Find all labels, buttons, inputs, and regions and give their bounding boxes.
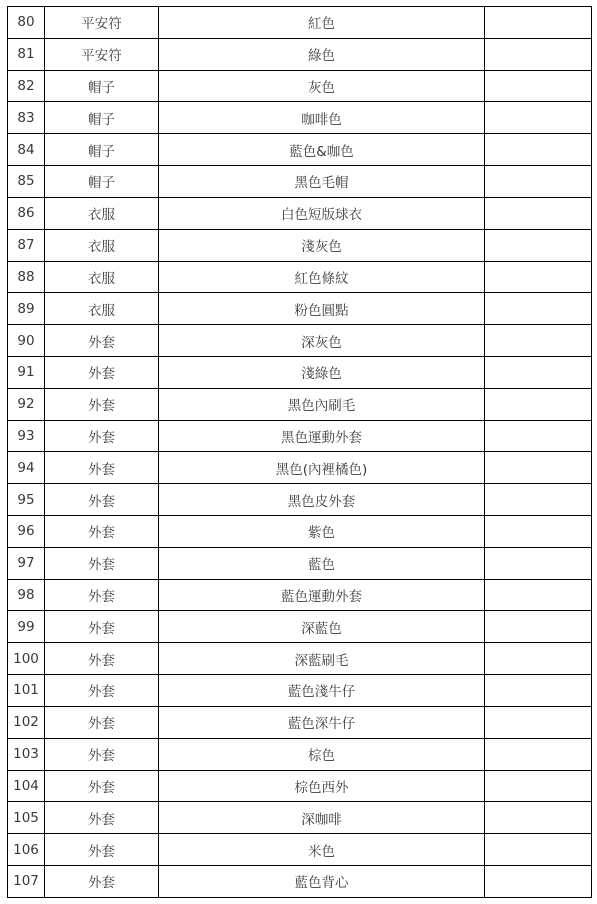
cell-category: 外套 — [45, 865, 159, 897]
cell-category: 衣服 — [45, 229, 159, 261]
document-page: 80 平安符 紅色 81 平安符 綠色 82 帽子 灰色 83 帽子 咖啡色 8… — [0, 0, 597, 904]
cell-item-number: 93 — [8, 420, 45, 452]
inventory-table: 80 平安符 紅色 81 平安符 綠色 82 帽子 灰色 83 帽子 咖啡色 8… — [7, 6, 592, 898]
cell-notes — [485, 166, 592, 198]
cell-notes — [485, 197, 592, 229]
cell-item-number: 88 — [8, 261, 45, 293]
cell-notes — [485, 643, 592, 675]
cell-item-number: 84 — [8, 134, 45, 166]
cell-description: 棕色西外 — [159, 770, 485, 802]
cell-item-number: 100 — [8, 643, 45, 675]
cell-notes — [485, 802, 592, 834]
cell-category: 外套 — [45, 675, 159, 707]
table-row: 104 外套 棕色西外 — [8, 770, 592, 802]
cell-category: 外套 — [45, 325, 159, 357]
cell-notes — [485, 388, 592, 420]
cell-category: 外套 — [45, 770, 159, 802]
cell-description: 深灰色 — [159, 325, 485, 357]
cell-notes — [485, 452, 592, 484]
cell-description: 紅色 — [159, 7, 485, 39]
cell-notes — [485, 325, 592, 357]
cell-item-number: 104 — [8, 770, 45, 802]
cell-notes — [485, 102, 592, 134]
cell-item-number: 103 — [8, 738, 45, 770]
cell-item-number: 83 — [8, 102, 45, 134]
table-row: 90 外套 深灰色 — [8, 325, 592, 357]
cell-item-number: 90 — [8, 325, 45, 357]
cell-category: 衣服 — [45, 293, 159, 325]
cell-description: 黑色皮外套 — [159, 484, 485, 516]
table-row: 87 衣服 淺灰色 — [8, 229, 592, 261]
cell-category: 帽子 — [45, 166, 159, 198]
cell-notes — [485, 356, 592, 388]
cell-item-number: 101 — [8, 675, 45, 707]
cell-item-number: 96 — [8, 516, 45, 548]
cell-notes — [485, 420, 592, 452]
cell-description: 黑色內刷毛 — [159, 388, 485, 420]
cell-item-number: 81 — [8, 38, 45, 70]
cell-description: 黑色運動外套 — [159, 420, 485, 452]
table-row: 102 外套 藍色深牛仔 — [8, 706, 592, 738]
cell-item-number: 92 — [8, 388, 45, 420]
cell-category: 帽子 — [45, 70, 159, 102]
table-row: 86 衣服 白色短版球衣 — [8, 197, 592, 229]
cell-category: 外套 — [45, 834, 159, 866]
table-row: 85 帽子 黑色毛帽 — [8, 166, 592, 198]
cell-item-number: 91 — [8, 356, 45, 388]
cell-description: 藍色淺牛仔 — [159, 675, 485, 707]
cell-notes — [485, 738, 592, 770]
cell-notes — [485, 516, 592, 548]
table-row: 93 外套 黑色運動外套 — [8, 420, 592, 452]
cell-category: 外套 — [45, 547, 159, 579]
cell-description: 綠色 — [159, 38, 485, 70]
cell-item-number: 102 — [8, 706, 45, 738]
cell-description: 淺綠色 — [159, 356, 485, 388]
cell-category: 帽子 — [45, 134, 159, 166]
cell-description: 黑色(內裡橘色) — [159, 452, 485, 484]
table-row: 100 外套 深藍刷毛 — [8, 643, 592, 675]
cell-notes — [485, 770, 592, 802]
cell-category: 平安符 — [45, 38, 159, 70]
cell-description: 深藍刷毛 — [159, 643, 485, 675]
cell-notes — [485, 261, 592, 293]
cell-category: 外套 — [45, 802, 159, 834]
cell-item-number: 98 — [8, 579, 45, 611]
table-row: 83 帽子 咖啡色 — [8, 102, 592, 134]
table-row: 91 外套 淺綠色 — [8, 356, 592, 388]
cell-description: 紫色 — [159, 516, 485, 548]
cell-notes — [485, 134, 592, 166]
cell-category: 平安符 — [45, 7, 159, 39]
table-row: 95 外套 黑色皮外套 — [8, 484, 592, 516]
table-row: 96 外套 紫色 — [8, 516, 592, 548]
cell-category: 衣服 — [45, 197, 159, 229]
cell-notes — [485, 70, 592, 102]
table-row: 92 外套 黑色內刷毛 — [8, 388, 592, 420]
cell-category: 外套 — [45, 738, 159, 770]
table-row: 82 帽子 灰色 — [8, 70, 592, 102]
table-row: 89 衣服 粉色圓點 — [8, 293, 592, 325]
table-row: 84 帽子 藍色&咖色 — [8, 134, 592, 166]
cell-notes — [485, 293, 592, 325]
cell-category: 外套 — [45, 611, 159, 643]
cell-category: 外套 — [45, 579, 159, 611]
cell-category: 帽子 — [45, 102, 159, 134]
cell-item-number: 99 — [8, 611, 45, 643]
table-row: 88 衣服 紅色條紋 — [8, 261, 592, 293]
cell-item-number: 86 — [8, 197, 45, 229]
cell-category: 外套 — [45, 388, 159, 420]
cell-description: 深咖啡 — [159, 802, 485, 834]
cell-category: 外套 — [45, 420, 159, 452]
cell-description: 紅色條紋 — [159, 261, 485, 293]
cell-notes — [485, 706, 592, 738]
cell-description: 深藍色 — [159, 611, 485, 643]
cell-category: 外套 — [45, 356, 159, 388]
cell-description: 藍色&咖色 — [159, 134, 485, 166]
cell-category: 外套 — [45, 643, 159, 675]
cell-item-number: 106 — [8, 834, 45, 866]
cell-description: 棕色 — [159, 738, 485, 770]
cell-notes — [485, 38, 592, 70]
cell-item-number: 107 — [8, 865, 45, 897]
cell-description: 灰色 — [159, 70, 485, 102]
table-row: 103 外套 棕色 — [8, 738, 592, 770]
cell-notes — [485, 834, 592, 866]
table-row: 81 平安符 綠色 — [8, 38, 592, 70]
table-row: 106 外套 米色 — [8, 834, 592, 866]
cell-notes — [485, 675, 592, 707]
cell-notes — [485, 547, 592, 579]
table-row: 80 平安符 紅色 — [8, 7, 592, 39]
cell-description: 藍色 — [159, 547, 485, 579]
cell-item-number: 82 — [8, 70, 45, 102]
cell-notes — [485, 229, 592, 261]
cell-description: 白色短版球衣 — [159, 197, 485, 229]
inventory-table-body: 80 平安符 紅色 81 平安符 綠色 82 帽子 灰色 83 帽子 咖啡色 8… — [8, 7, 592, 898]
cell-item-number: 80 — [8, 7, 45, 39]
cell-item-number: 89 — [8, 293, 45, 325]
cell-description: 黑色毛帽 — [159, 166, 485, 198]
cell-item-number: 105 — [8, 802, 45, 834]
cell-description: 藍色運動外套 — [159, 579, 485, 611]
table-row: 101 外套 藍色淺牛仔 — [8, 675, 592, 707]
cell-category: 外套 — [45, 452, 159, 484]
cell-description: 粉色圓點 — [159, 293, 485, 325]
cell-item-number: 94 — [8, 452, 45, 484]
cell-category: 外套 — [45, 706, 159, 738]
cell-description: 米色 — [159, 834, 485, 866]
cell-description: 咖啡色 — [159, 102, 485, 134]
table-row: 105 外套 深咖啡 — [8, 802, 592, 834]
table-row: 94 外套 黑色(內裡橘色) — [8, 452, 592, 484]
cell-notes — [485, 611, 592, 643]
cell-notes — [485, 484, 592, 516]
table-row: 99 外套 深藍色 — [8, 611, 592, 643]
cell-description: 藍色深牛仔 — [159, 706, 485, 738]
table-row: 98 外套 藍色運動外套 — [8, 579, 592, 611]
cell-item-number: 97 — [8, 547, 45, 579]
table-row: 107 外套 藍色背心 — [8, 865, 592, 897]
cell-notes — [485, 865, 592, 897]
cell-item-number: 95 — [8, 484, 45, 516]
cell-description: 淺灰色 — [159, 229, 485, 261]
cell-item-number: 85 — [8, 166, 45, 198]
cell-category: 衣服 — [45, 261, 159, 293]
cell-category: 外套 — [45, 516, 159, 548]
cell-notes — [485, 7, 592, 39]
cell-description: 藍色背心 — [159, 865, 485, 897]
cell-item-number: 87 — [8, 229, 45, 261]
cell-category: 外套 — [45, 484, 159, 516]
cell-notes — [485, 579, 592, 611]
table-row: 97 外套 藍色 — [8, 547, 592, 579]
